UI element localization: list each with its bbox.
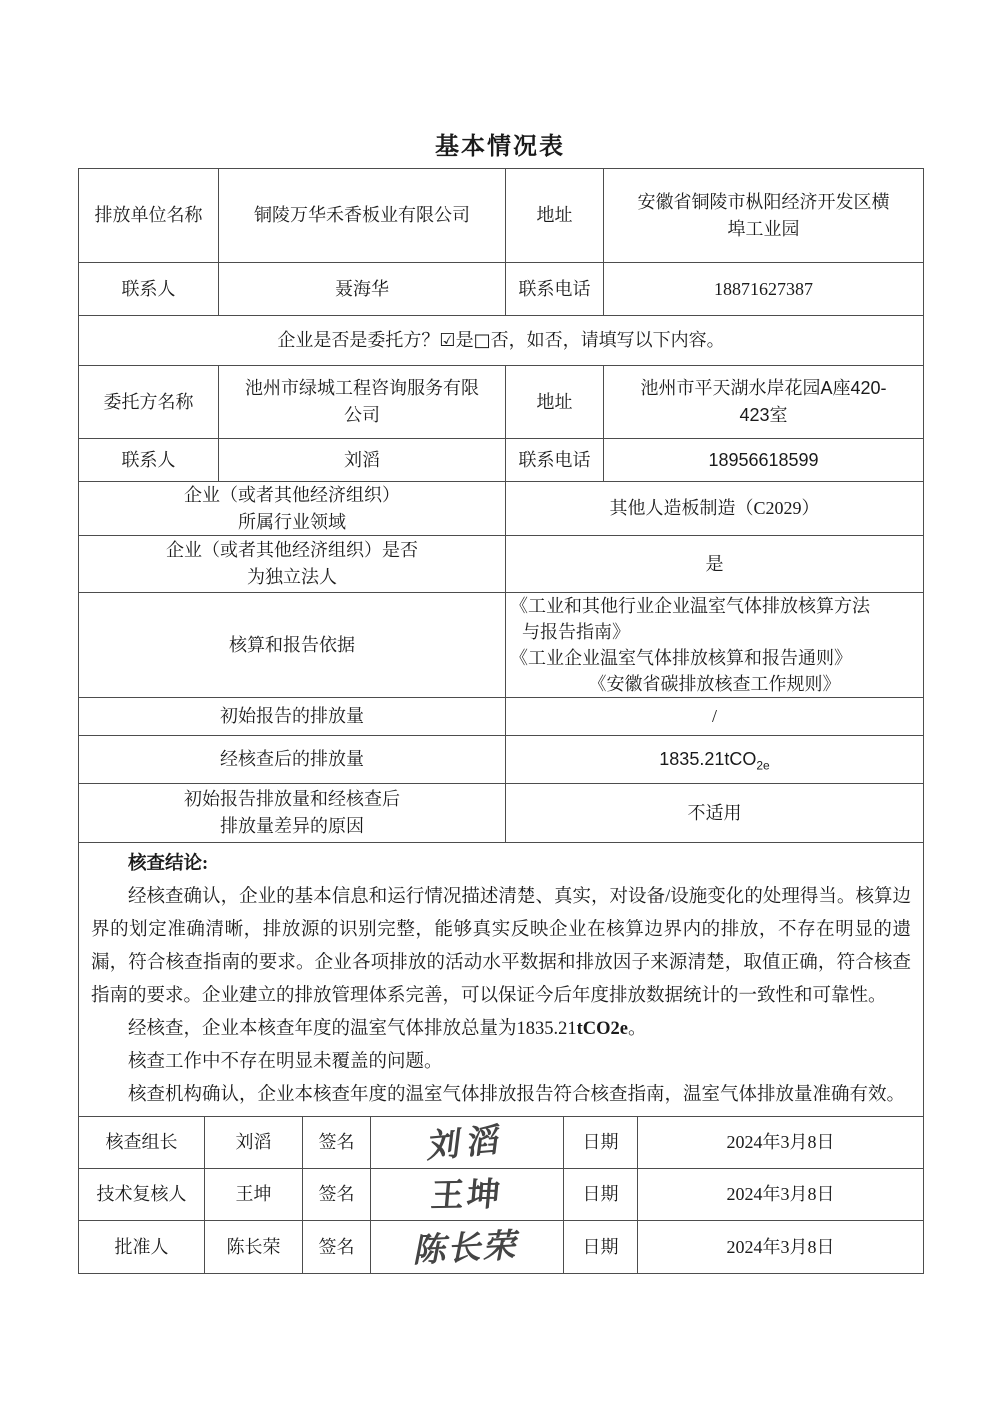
emitter-name-value: 铜陵万华禾香板业有限公司 xyxy=(219,169,506,262)
checkbox-yes-label: 是 xyxy=(456,330,474,350)
checkbox-no-label: 否 xyxy=(491,330,509,350)
emitter-address-value: 安徽省铜陵市枞阳经济开发区横 埠工业园 xyxy=(604,169,923,262)
handwritten-signature: 陈长荣 xyxy=(411,1228,522,1267)
table-row-legal-person: 企业（或者其他经济组织）是否 为独立法人 是 xyxy=(79,536,923,593)
handwritten-signature: 刘滔 xyxy=(426,1122,508,1162)
delegate-contact-value: 刘滔 xyxy=(219,439,506,481)
delegate-question-cell: 企业是否是委托方？☑是□否，如否，请填写以下内容。 xyxy=(79,316,923,365)
role-label: 技术复核人 xyxy=(79,1169,205,1220)
conclusion-paragraph-2: 经核查，企业本核查年度的温室气体排放总量为1835.21tCO2e。 xyxy=(91,1013,911,1046)
signature-cell: 王坤 xyxy=(371,1169,564,1220)
emitter-contact-label: 联系人 xyxy=(79,263,219,315)
date-value: 2024年3月8日 xyxy=(638,1221,923,1273)
conclusion-total-unit: tCO2e xyxy=(577,1019,628,1039)
industry-value: 其他人造板制造（C2029） xyxy=(506,482,923,535)
sign-label: 签名 xyxy=(303,1117,371,1168)
role-label: 批准人 xyxy=(79,1221,205,1273)
role-label: 核查组长 xyxy=(79,1117,205,1168)
signature-cell: 刘滔 xyxy=(371,1117,564,1168)
delegate-address-label: 地址 xyxy=(506,366,604,438)
role-name: 陈长荣 xyxy=(205,1221,303,1273)
emitter-contact-value: 聂海华 xyxy=(219,263,506,315)
emitter-name-label: 排放单位名称 xyxy=(79,169,219,262)
table-row-verified-emissions: 经核查后的排放量 1835.21tCO2e xyxy=(79,736,923,784)
emitter-phone-label: 联系电话 xyxy=(506,263,604,315)
table-row-industry: 企业（或者其他经济组织） 所属行业领域 其他人造板制造（C2029） xyxy=(79,482,923,536)
basic-info-table: 排放单位名称 铜陵万华禾香板业有限公司 地址 安徽省铜陵市枞阳经济开发区横 埠工… xyxy=(78,168,924,1274)
date-label: 日期 xyxy=(564,1117,638,1168)
conclusion-paragraph-1: 经核查确认，企业的基本信息和运行情况描述清楚、真实，对设备/设施变化的处理得当。… xyxy=(91,881,911,1013)
role-name: 王坤 xyxy=(205,1169,303,1220)
sign-label: 签名 xyxy=(303,1221,371,1273)
role-name: 刘滔 xyxy=(205,1117,303,1168)
page-title: 基本情况表 xyxy=(0,126,1000,161)
date-label: 日期 xyxy=(564,1169,638,1220)
sign-label: 签名 xyxy=(303,1169,371,1220)
verified-emissions-value: 1835.21tCO2e xyxy=(506,736,923,783)
conclusion-paragraph-3: 核查工作中不存在明显未覆盖的问题。 xyxy=(91,1046,911,1079)
initial-emissions-value: / xyxy=(506,698,923,735)
initial-emissions-label: 初始报告的排放量 xyxy=(79,698,506,735)
signature-cell: 陈长荣 xyxy=(371,1221,564,1273)
table-row-difference-reason: 初始报告排放量和经核查后 排放量差异的原因 不适用 xyxy=(79,784,923,843)
conclusion-paragraph-4: 核查机构确认，企业本核查年度的温室气体排放报告符合核查指南，温室气体排放量准确有… xyxy=(91,1079,911,1112)
date-label: 日期 xyxy=(564,1221,638,1273)
delegate-question-text: 企业是否是委托方？ xyxy=(277,330,439,350)
basis-value: 《工业和其他行业企业温室气体排放核算方法 与报告指南》 《工业企业温室气体排放核… xyxy=(506,593,923,697)
table-row-emitter-contact: 联系人 聂海华 联系电话 18871627387 xyxy=(79,263,923,316)
handwritten-signature: 王坤 xyxy=(430,1177,505,1211)
emissions-unit-subscript: 2e xyxy=(756,759,769,773)
table-row-delegate: 委托方名称 池州市绿城工程咨询服务有限 公司 地址 池州市平天湖水岸花园A座42… xyxy=(79,366,923,439)
table-row-basis: 核算和报告依据 《工业和其他行业企业温室气体排放核算方法 与报告指南》 《工业企… xyxy=(79,593,923,698)
document-page: 基本情况表 排放单位名称 铜陵万华禾香板业有限公司 地址 安徽省铜陵市枞阳经济开… xyxy=(0,0,1000,1414)
industry-label: 企业（或者其他经济组织） 所属行业领域 xyxy=(79,482,506,535)
table-row-delegate-contact: 联系人 刘滔 联系电话 18956618599 xyxy=(79,439,923,482)
conclusion-heading: 核查结论: xyxy=(91,848,911,881)
checked-checkbox-icon: ☑ xyxy=(439,330,455,351)
difference-reason-label: 初始报告排放量和经核查后 排放量差异的原因 xyxy=(79,784,506,842)
legal-person-label: 企业（或者其他经济组织）是否 为独立法人 xyxy=(79,536,506,592)
emitter-phone-value: 18871627387 xyxy=(604,263,923,315)
unchecked-checkbox-icon: □ xyxy=(474,330,491,351)
table-row-conclusion: 核查结论: 经核查确认，企业的基本信息和运行情况描述清楚、真实，对设备/设施变化… xyxy=(79,843,923,1117)
basis-label: 核算和报告依据 xyxy=(79,593,506,697)
delegate-question-suffix: ，如否，请填写以下内容。 xyxy=(509,330,725,350)
signature-row-team-leader: 核查组长 刘滔 签名 刘滔 日期 2024年3月8日 xyxy=(79,1117,923,1169)
table-row-delegate-question: 企业是否是委托方？☑是□否，如否，请填写以下内容。 xyxy=(79,316,923,366)
difference-reason-value: 不适用 xyxy=(506,784,923,842)
conclusion-cell: 核查结论: 经核查确认，企业的基本信息和运行情况描述清楚、真实，对设备/设施变化… xyxy=(79,843,923,1116)
verified-emissions-label: 经核查后的排放量 xyxy=(79,736,506,783)
date-value: 2024年3月8日 xyxy=(638,1169,923,1220)
date-value: 2024年3月8日 xyxy=(638,1117,923,1168)
delegate-address-value: 池州市平天湖水岸花园A座420- 423室 xyxy=(604,366,923,438)
table-row-emitter: 排放单位名称 铜陵万华禾香板业有限公司 地址 安徽省铜陵市枞阳经济开发区横 埠工… xyxy=(79,169,923,263)
delegate-name-label: 委托方名称 xyxy=(79,366,219,438)
emitter-address-label: 地址 xyxy=(506,169,604,262)
delegate-contact-label: 联系人 xyxy=(79,439,219,481)
legal-person-value: 是 xyxy=(506,536,923,592)
delegate-name-value: 池州市绿城工程咨询服务有限 公司 xyxy=(219,366,506,438)
signature-row-technical-reviewer: 技术复核人 王坤 签名 王坤 日期 2024年3月8日 xyxy=(79,1169,923,1221)
table-row-initial-emissions: 初始报告的排放量 / xyxy=(79,698,923,736)
delegate-phone-value: 18956618599 xyxy=(604,439,923,481)
delegate-phone-label: 联系电话 xyxy=(506,439,604,481)
signature-row-approver: 批准人 陈长荣 签名 陈长荣 日期 2024年3月8日 xyxy=(79,1221,923,1273)
